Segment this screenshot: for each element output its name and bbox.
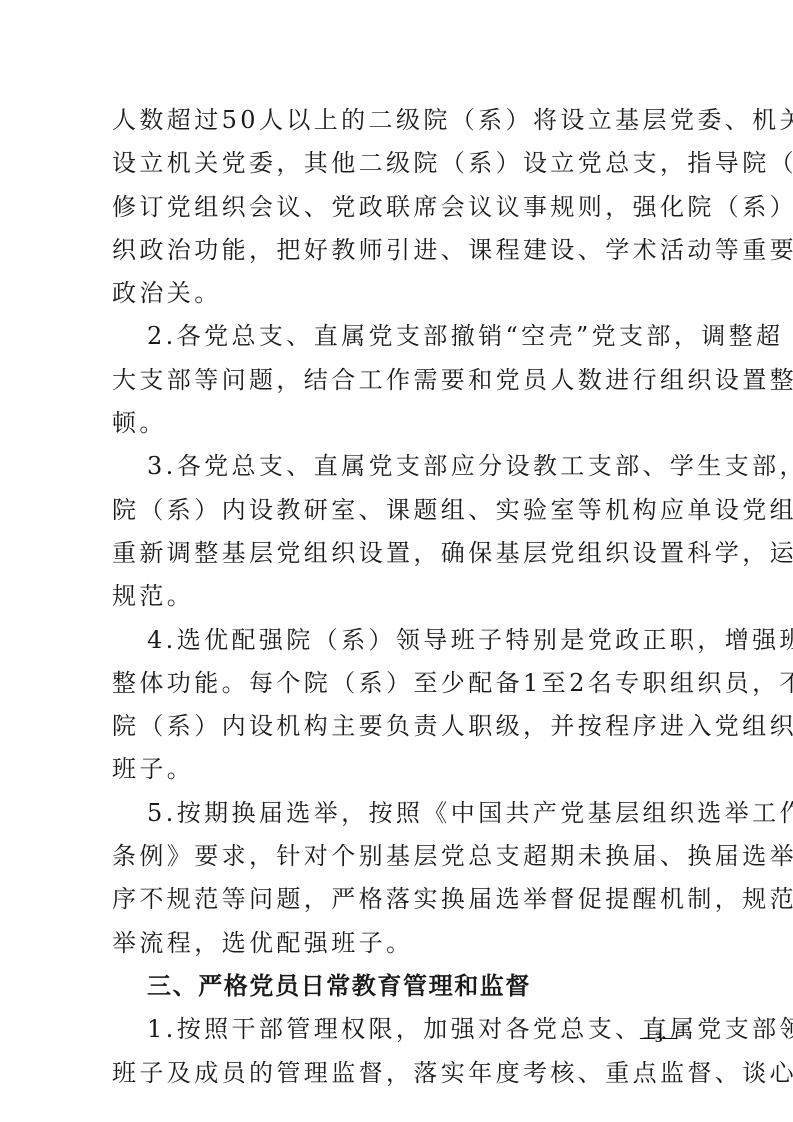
text-line: 条例》要求，针对个别基层党总支超期未换届、换届选举程 (112, 835, 692, 878)
list-item-2: 2.各党总支、直属党支部撤销“空壳”党支部，调整超 (112, 315, 692, 358)
text-line: 院（系）内设机构主要负责人职级，并按程序进入党组织领导 (112, 705, 692, 748)
text-line: 织政治功能，把好教师引进、课程建设、学术活动等重要工作 (112, 229, 692, 272)
text-line: 人数超过50人以上的二级院（系）将设立基层党委、机关单位 (112, 99, 692, 142)
text-line: 修订党组织会议、党政联席会议议事规则，强化院（系）党组 (112, 186, 692, 229)
list-item-3: 3.各党总支、直属党支部应分设教工支部、学生支部， (112, 445, 692, 488)
text-line: 举流程，选优配强班子。 (112, 922, 692, 965)
text-line: 政治关。 (112, 272, 692, 315)
document-body: 人数超过50人以上的二级院（系）将设立基层党委、机关单位 设立机关党委，其他二级… (112, 99, 692, 1095)
document-page: 人数超过50人以上的二级院（系）将设立基层党委、机关单位 设立机关党委，其他二级… (0, 0, 793, 1122)
list-item-4: 4.选优配强院（系）领导班子特别是党政正职，增强班子 (112, 619, 692, 662)
text-line: 重新调整基层党组织设置，确保基层党组织设置科学，运行 (112, 532, 692, 575)
text-line: 顿。 (112, 402, 692, 445)
page-number: —3— (640, 1030, 678, 1047)
text-line: 院（系）内设教研室、课题组、实验室等机构应单设党组织； (112, 489, 692, 532)
text-line: 序不规范等问题，严格落实换届选举督促提醒机制，规范选 (112, 878, 692, 921)
text-line: 规范。 (112, 575, 692, 618)
list-item-1: 1.按照干部管理权限，加强对各党总支、直属党支部领导 (112, 1008, 692, 1051)
text-line: 整体功能。每个院（系）至少配备1至2名专职组织员，不低于 (112, 662, 692, 705)
list-item-5: 5.按期换届选举，按照《中国共产党基层组织选举工作 (112, 792, 692, 835)
text-line: 设立机关党委，其他二级院（系）设立党总支，指导院（系） (112, 142, 692, 185)
section-heading: 三、严格党员日常教育管理和监督 (112, 965, 692, 1008)
text-line: 班子。 (112, 748, 692, 791)
text-line: 班子及成员的管理监督，落实年度考核、重点监督、谈心谈话 (112, 1052, 692, 1095)
text-line: 大支部等问题，结合工作需要和党员人数进行组织设置整 (112, 359, 692, 402)
